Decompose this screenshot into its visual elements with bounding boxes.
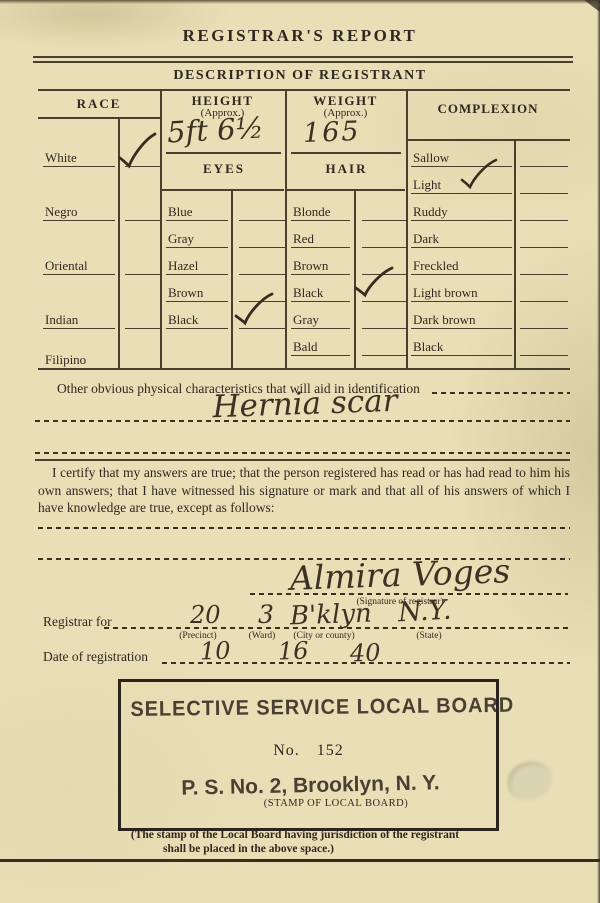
checkmark-hair-black [353, 266, 395, 298]
complexion-option-dark: Dark [411, 230, 568, 248]
race-header-rule [38, 117, 160, 119]
race-oriental-checkbox [125, 274, 160, 275]
write-line [35, 452, 570, 454]
hair-option-red: Red [291, 230, 406, 248]
race-option-filipino: Filipino [43, 350, 160, 368]
table-divider [160, 89, 162, 368]
weight-value-line [291, 152, 401, 154]
stamp-box: SELECTIVE SERVICE LOCAL BOARD No. 152 (S… [118, 679, 499, 831]
ward-value-handwriting: 3 [258, 600, 274, 629]
complexion-option-label: Dark [411, 231, 512, 248]
eyes-option-label: Brown [166, 285, 228, 302]
complexion-sallow-checkbox [520, 166, 568, 167]
complexion-option-dark-brown: Dark brown [411, 311, 568, 329]
eyes-option-label: Hazel [166, 258, 228, 275]
hair-option-blonde: Blonde [291, 203, 406, 221]
complexion-top-rule [406, 139, 570, 141]
eyes-option-gray: Gray [166, 230, 285, 248]
table-top-rule [38, 89, 570, 91]
hair-blonde-checkbox [362, 220, 406, 221]
checkmark-eyes-black [233, 292, 275, 326]
complexion-black-checkbox [520, 355, 568, 356]
double-rule-top [33, 56, 573, 58]
height-value-handwriting: 5ft 6½ [166, 110, 264, 149]
complexion-ruddy-checkbox [520, 220, 568, 221]
complexion-check-divider [514, 139, 516, 368]
race-option-label: Indian [43, 312, 115, 329]
hair-gray-checkbox [362, 328, 406, 329]
hair-option-label: Black [291, 285, 350, 302]
complexion-option-label: Freckled [411, 258, 512, 275]
complexion-option-label: Black [411, 339, 512, 356]
hair-option-label: Bald [291, 339, 350, 356]
double-rule-bottom [33, 61, 573, 63]
complexion-option-label: Dark brown [411, 312, 512, 329]
write-line [38, 527, 570, 529]
race-option-oriental: Oriental [43, 257, 160, 275]
hair-bald-checkbox [362, 355, 406, 356]
precinct-value-handwriting: 20 [190, 601, 221, 629]
complexion-option-label: Ruddy [411, 204, 512, 221]
certification-text: I certify that my answers are true; that… [38, 464, 570, 517]
eyes-option-label: Gray [166, 231, 228, 248]
city-value-handwriting: B'klyn [290, 599, 373, 632]
embossed-seal [508, 762, 552, 800]
scan-top-edge [0, 0, 600, 4]
complexion-option-ruddy: Ruddy [411, 203, 568, 221]
date-year-handwriting: 40 [350, 638, 382, 667]
complexion-freckled-checkbox [520, 274, 568, 275]
hair-header: HAIR [291, 161, 402, 177]
hair-black-checkbox [362, 301, 406, 302]
eyes-option-hazel: Hazel [166, 257, 285, 275]
checkmark-complexion-light [459, 158, 499, 190]
race-option-label: Oriental [43, 258, 115, 275]
stamp-note-line2: shall be placed in the above space.) [163, 843, 553, 855]
weight-value-handwriting: 165 [302, 116, 361, 149]
stamp-number-line: No. 152 [121, 742, 496, 760]
eyes-grid-rule [161, 189, 284, 191]
table-bottom-rule [38, 368, 570, 370]
eyes-option-label: Black [166, 312, 228, 329]
table-divider [406, 89, 408, 368]
race-header: RACE [38, 96, 160, 112]
complexion-light-checkbox [520, 193, 568, 194]
section-title: DESCRIPTION OF REGISTRANT [0, 68, 600, 84]
hair-option-bald: Bald [291, 338, 406, 356]
signature-line [250, 593, 568, 595]
registrar-report-card: REGISTRAR'S REPORT DESCRIPTION OF REGIST… [0, 0, 600, 903]
eyes-header: EYES [166, 161, 282, 177]
complexion-header: COMPLEXION [406, 101, 570, 117]
stamp-note-line1: (The stamp of the Local Board having jur… [100, 829, 490, 841]
eyes-blue-checkbox [239, 220, 285, 221]
complexion-light-brown-checkbox [520, 301, 568, 302]
race-option-label: Negro [43, 204, 115, 221]
hair-option-label: Gray [291, 312, 350, 329]
hair-option-label: Brown [291, 258, 350, 275]
state-caption: (State) [400, 631, 458, 641]
hair-option-label: Red [291, 231, 350, 248]
checkmark-race-white [116, 131, 158, 169]
bottom-rule [0, 859, 600, 862]
race-option-negro: Negro [43, 203, 160, 221]
race-option-label: White [43, 150, 115, 167]
date-of-registration-label: Date of registration [43, 649, 148, 665]
stamp-caption: (STAMP OF LOCAL BOARD) [191, 798, 481, 809]
race-negro-checkbox [125, 220, 160, 221]
race-indian-checkbox [125, 328, 160, 329]
state-value-handwriting: N.Y. [397, 595, 452, 629]
table-divider [285, 89, 287, 368]
stamp-board-line: SELECTIVE SERVICE LOCAL BOARD [130, 694, 486, 722]
date-month-handwriting: 10 [200, 636, 232, 665]
eyes-option-blue: Blue [166, 203, 285, 221]
eyes-option-label: Blue [166, 204, 228, 221]
registrar-for-label: Registrar for [43, 614, 112, 630]
complexion-option-black: Black [411, 338, 568, 356]
date-day-handwriting: 16 [278, 636, 310, 665]
complexion-dark-brown-checkbox [520, 328, 568, 329]
page-title: REGISTRAR'S REPORT [0, 26, 600, 46]
section-rule [35, 459, 570, 461]
write-line [35, 420, 570, 422]
complexion-option-light-brown: Light brown [411, 284, 568, 302]
race-option-label: Filipino [43, 352, 115, 368]
eyes-black-checkbox [239, 328, 285, 329]
eyes-gray-checkbox [239, 247, 285, 248]
hair-red-checkbox [362, 247, 406, 248]
hair-option-label: Blonde [291, 204, 350, 221]
hair-option-gray: Gray [291, 311, 406, 329]
complexion-option-label: Light brown [411, 285, 512, 302]
eyes-hazel-checkbox [239, 274, 285, 275]
hair-grid-rule [286, 189, 405, 191]
race-option-indian: Indian [43, 311, 160, 329]
height-value-line [166, 152, 281, 154]
complexion-option-freckled: Freckled [411, 257, 568, 275]
complexion-dark-checkbox [520, 247, 568, 248]
